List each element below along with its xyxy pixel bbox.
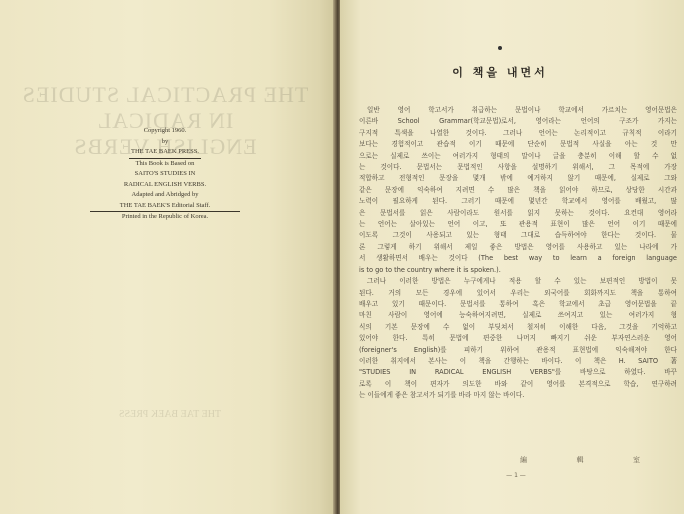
text-line: 로록 이 책이 편자가 의도한 바와 같이 영어를 본격적으로 학습, 연구하려 [359,379,677,390]
editors-line: THE TAE BAEK'S Editorial Staff. [90,201,240,213]
text-line: 는 언어는 살아있는 언어 이고, 또 관용적 표현이 많은 언어 이기 때문에 [359,219,677,230]
text-line: 서 생활하면서 배우는 것이다 (The best way to learn a… [359,253,677,264]
text-line: 식의 기본 문장에 수 없이 부딪쳐서 철저히 이해한 다음, 그것을 기억하고 [359,322,677,333]
text-line: 같은 문장에 익숙하여 지려면 수 많은 책을 읽어야 하므로, 상당한 시간과 [359,185,677,196]
text-line: 으로는 실제로 쓰이는 여러가지 형태의 말이나 글을 충분히 이해 할 수 없 [359,151,677,162]
book-spread: THE PRACTICAL STUDIES IN RADICAL ENGLISH… [0,0,684,514]
bleed-line: THE TAE BAEK PRESS [100,408,240,422]
text-line: 노력이 필요하게 된다. 그러기 때문에 몇년간 학교에서 영어를 배웠고, 많 [359,196,677,207]
publisher-name: THE TAE BAEK PRESS. [129,147,201,159]
text-line: 는 이들에게 좋은 참고서가 되기를 바라 마지 않는 바이다. [359,390,677,401]
based-on-line: This Book is Based on [90,159,240,170]
source-title-line-1: SAITO'S STUDIES IN [90,169,240,180]
page-number: — 1 — [496,472,536,479]
left-page: THE PRACTICAL STUDIES IN RADICAL ENGLISH… [0,0,336,514]
text-line: 이른바 School Grammar(학교문법)로서, 영어라는 언어의 구조가… [359,116,677,127]
text-line: 적합하고 전형적인 문장을 몇개 밖에 예거하지 않기 때문에, 실제로 그와 [359,173,677,184]
source-title-line-2: RADICAL ENGLISH VERBS. [90,180,240,191]
bleed-line: THE PRACTICAL STUDIES [20,82,310,108]
text-line: 론 그렇게 하기 위해서 제일 좋은 방법은 영어를 사용하고 있는 나라에 가 [359,242,677,253]
editorial-office-signature: 編 輯 室 [520,455,640,465]
text-line: 있어야 한다. 특히 문법에 편중한 나머지 빠지기 쉬운 부자연스러운 영어 [359,333,677,344]
text-line: 된다. 거의 모든 경우에 있어서 우리는 외국어를 회화까지도 책을 통하여 [359,288,677,299]
signature-char: 輯 [577,455,584,465]
text-line: 은 문법서를 읽은 사람이라도 원서를 읽지 못하는 것이다. 요컨대 영어라 [359,208,677,219]
text-line: 는 것이다. 문법서는 문법적인 사항을 설명하기 위해서, 그 목적에 가장 [359,162,677,173]
copyright-line: Copyright 1960. [90,126,240,137]
colophon: Copyright 1960. by THE TAE BAEK PRESS. T… [90,126,240,223]
signature-char: 編 [520,455,527,465]
by-line: by [90,137,240,148]
signature-char: 室 [633,455,640,465]
text-line: 이러한 취지에서 본사는 이 책을 간행하는 바이다. 이 책은 H. SAIT… [359,356,677,367]
bullet-dot-icon [498,46,502,50]
text-line: (foreigner's English)를 피하기 위하여 관용적 표현법에 … [359,345,677,356]
preface-body: 일반 영어 학고서가 취급하는 문법이나 학교에서 가르치는 영어문법은 이른바… [359,105,677,402]
text-line: 구지적 특색을 나열한 것이다. 그러나 언어는 논리적이고 규칙적 이라기 [359,128,677,139]
printed-line: Printed in the Republic of Korea. [90,212,240,223]
text-line: 마친 사람이 영어에 능숙하여지려면, 실제로 쓰여지고 있는 여러가지 형 [359,310,677,321]
paragraph-1: 일반 영어 학고서가 취급하는 문법이나 학교에서 가르치는 영어문법은 이른바… [359,105,677,276]
text-line: is to go to the country where it is spok… [359,265,677,276]
text-line: "STUDIES IN RADICAL ENGLISH VERBS"를 바탕으로… [359,367,677,378]
text-line: 보다는 경험적이고 관습적 이기 때문에 단순히 문법적 사실을 아는 것 만 [359,139,677,150]
paragraph-2: 그러나 이러한 방법은 누구에게나 적용 할 수 있는 보편적인 방법이 못 된… [359,276,677,401]
text-line: 일반 영어 학고서가 취급하는 문법이나 학교에서 가르치는 영어문법은 [359,105,677,116]
text-line: 이도록 그것이 사용되고 있는 형태 그대로 습득하여야 한다는 것이다. 물 [359,230,677,241]
adapted-line: Adapted and Abridged by [90,190,240,201]
bleed-through-footer: THE TAE BAEK PRESS [100,408,240,422]
text-line: 그러나 이러한 방법은 누구에게나 적용 할 수 있는 보편적인 방법이 못 [359,276,677,287]
page-title: 이 책을 내면서 [400,64,600,80]
text-line: 배우고 있기 때문이다. 문법서를 통하여 혹은 학교에서 초급 영어문법을 끝 [359,299,677,310]
